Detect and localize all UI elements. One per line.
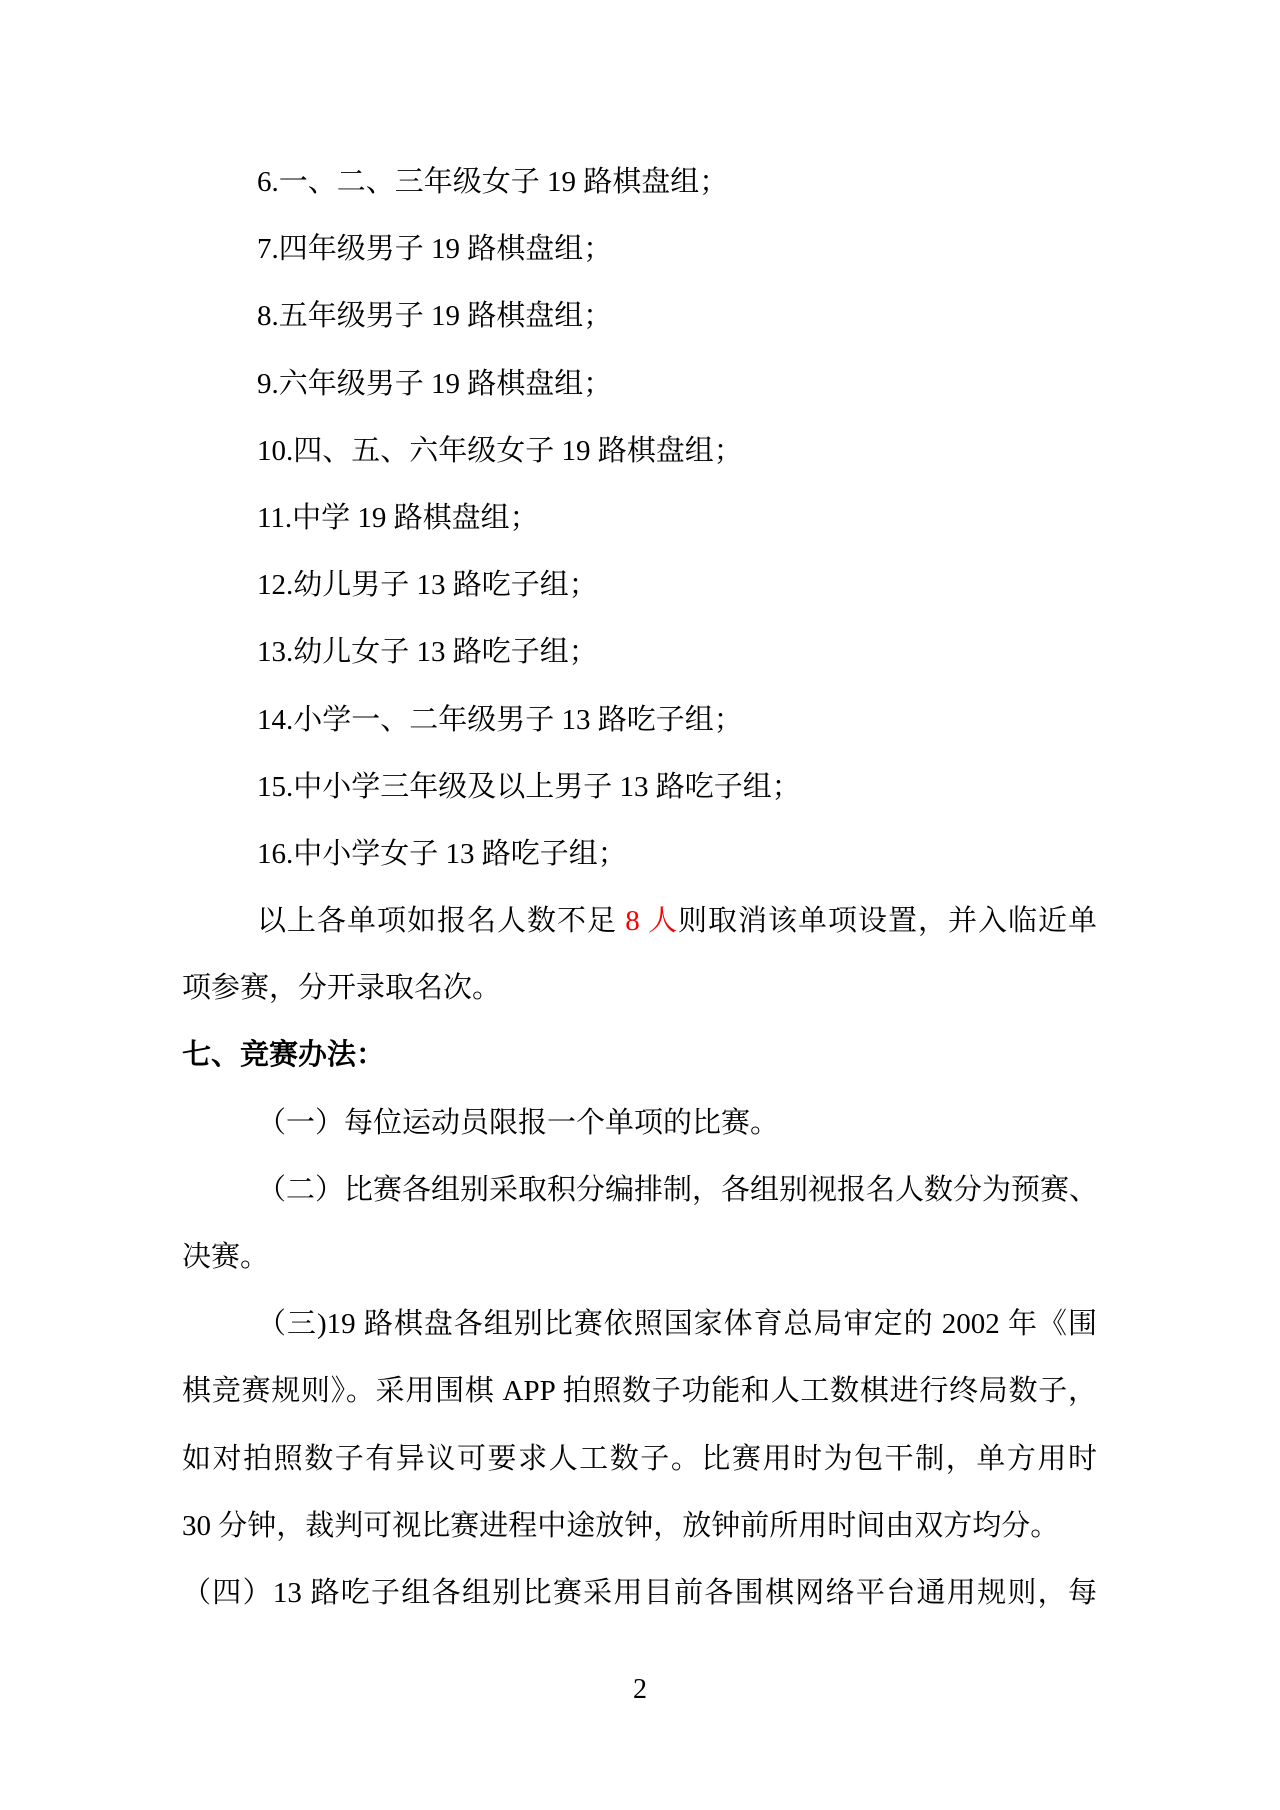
rule-1-line: （一）每位运动员限报一个单项的比赛。 bbox=[182, 1090, 1097, 1157]
event-group-item-9: 9.六年级男子 19 路棋盘组； bbox=[182, 351, 1097, 418]
min-entrants-count: 8 人 bbox=[625, 905, 678, 937]
event-group-item-10: 10.四、五、六年级女子 19 路棋盘组； bbox=[182, 418, 1097, 485]
event-group-item-8: 8.五年级男子 19 路棋盘组； bbox=[182, 283, 1097, 350]
document-page: 6.一、二、三年级女子 19 路棋盘组； 7.四年级男子 19 路棋盘组； 8.… bbox=[182, 149, 1097, 1627]
min-entrants-note-line-2: 项参赛，分开录取名次。 bbox=[182, 955, 1097, 1022]
event-group-item-16: 16.中小学女子 13 路吃子组； bbox=[182, 821, 1097, 888]
min-entrants-note-pre: 以上各单项如报名人数不足 bbox=[257, 905, 625, 937]
rule-2-line-1: （二）比赛各组别采取积分编排制，各组别视报名人数分为预赛、 bbox=[182, 1157, 1097, 1224]
rule-3-line-1: （三)19 路棋盘各组别比赛依照国家体育总局审定的 2002 年《围 bbox=[182, 1291, 1097, 1358]
min-entrants-note-post: 则取消该单项设置，并入临近单 bbox=[678, 905, 1097, 937]
rule-4-line-1: （四）13 路吃子组各组别比赛采用目前各围棋网络平台通用规则，每 bbox=[182, 1560, 1097, 1627]
min-entrants-note-line-1: 以上各单项如报名人数不足 8 人则取消该单项设置，并入临近单 bbox=[182, 888, 1097, 955]
event-group-item-12: 12.幼儿男子 13 路吃子组； bbox=[182, 552, 1097, 619]
rule-3-line-3: 如对拍照数子有异议可要求人工数子。比赛用时为包干制，单方用时 bbox=[182, 1426, 1097, 1493]
event-group-item-6: 6.一、二、三年级女子 19 路棋盘组； bbox=[182, 149, 1097, 216]
event-group-item-7: 7.四年级男子 19 路棋盘组； bbox=[182, 216, 1097, 283]
page-number: 2 bbox=[0, 1668, 1280, 1712]
section-7-heading: 七、竞赛办法： bbox=[182, 1022, 1097, 1089]
rule-3-line-2: 棋竞赛规则》。采用围棋 APP 拍照数子功能和人工数棋进行终局数子， bbox=[182, 1358, 1097, 1425]
event-group-item-14: 14.小学一、二年级男子 13 路吃子组； bbox=[182, 687, 1097, 754]
rule-3-line-4: 30 分钟，裁判可视比赛进程中途放钟，放钟前所用时间由双方均分。 bbox=[182, 1493, 1097, 1560]
event-group-item-11: 11.中学 19 路棋盘组； bbox=[182, 485, 1097, 552]
event-group-item-15: 15.中小学三年级及以上男子 13 路吃子组； bbox=[182, 754, 1097, 821]
event-group-item-13: 13.幼儿女子 13 路吃子组； bbox=[182, 619, 1097, 686]
rule-2-line-2: 决赛。 bbox=[182, 1224, 1097, 1291]
